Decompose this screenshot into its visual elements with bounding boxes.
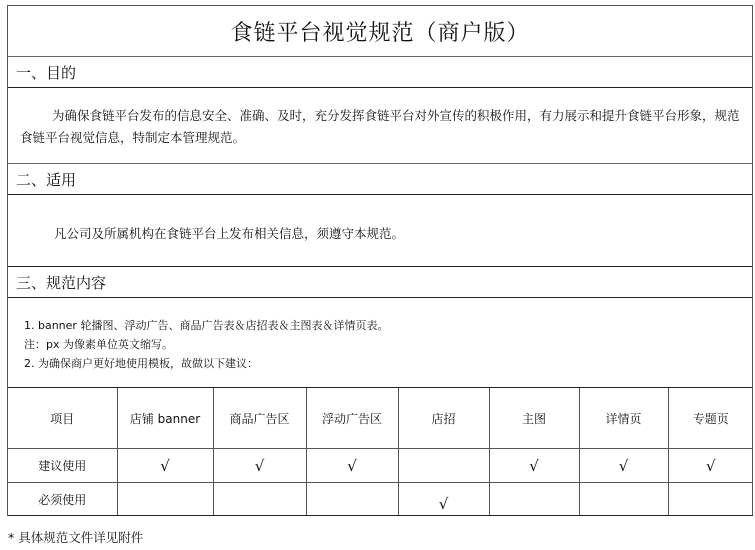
table-cell (489, 483, 579, 516)
section-body-scope: 凡公司及所属机构在食链平台上发布相关信息，须遵守本规范。 (8, 195, 752, 267)
check-mark: √ (306, 449, 398, 483)
table-header-row: 项目 店铺 banner 商品广告区 浮动广告区 店招 主图 详情页 专题页 (8, 388, 753, 449)
header-cell-store-banner: 店铺 banner (117, 388, 213, 449)
header-cell-main-image: 主图 (489, 388, 579, 449)
check-mark: √ (398, 483, 489, 516)
usage-table: 项目 店铺 banner 商品广告区 浮动广告区 店招 主图 详情页 专题页 建… (8, 388, 753, 516)
content-line-2: 2. 为确保商户更好地使用模板，故做以下建议： (24, 354, 752, 373)
table-cell (306, 483, 398, 516)
header-cell-product-ad: 商品广告区 (213, 388, 306, 449)
check-mark: √ (579, 449, 668, 483)
scope-paragraph: 凡公司及所属机构在食链平台上发布相关信息，须遵守本规范。 (54, 223, 752, 245)
table-cell (117, 483, 213, 516)
header-cell-detail-page: 详情页 (579, 388, 668, 449)
section-body-content: 1. banner 轮播图、浮动广告、商品广告表＆店招表＆主图表＆详情页表。 注… (8, 298, 752, 388)
row-label-recommended: 建议使用 (8, 449, 117, 483)
document-frame: 食链平台视觉规范（商户版） 一、目的 为确保食链平台发布的信息安全、准确、及时，… (7, 5, 753, 516)
header-cell-store-sign: 店招 (398, 388, 489, 449)
content-note: 注：px 为像素单位英文缩写。 (24, 335, 752, 354)
section-heading-content: 三、规范内容 (8, 267, 752, 298)
footnote: * 具体规范文件详见附件 (8, 528, 143, 546)
content-line-1: 1. banner 轮播图、浮动广告、商品广告表＆店招表＆主图表＆详情页表。 (24, 316, 752, 335)
header-cell-floating-ad: 浮动广告区 (306, 388, 398, 449)
table-cell (398, 449, 489, 483)
section-heading-purpose: 一、目的 (8, 57, 752, 88)
table-cell (579, 483, 668, 516)
check-mark: √ (489, 449, 579, 483)
purpose-paragraph: 为确保食链平台发布的信息安全、准确、及时，充分发挥食链平台对外宣传的积极作用，有… (20, 105, 742, 149)
section-heading-scope: 二、适用 (8, 164, 752, 195)
table-row: 必须使用 √ (8, 483, 753, 516)
header-cell-item: 项目 (8, 388, 117, 449)
section-body-purpose: 为确保食链平台发布的信息安全、准确、及时，充分发挥食链平台对外宣传的积极作用，有… (8, 88, 752, 164)
check-mark: √ (668, 449, 753, 483)
table-cell (668, 483, 753, 516)
table-row: 建议使用 √ √ √ √ √ √ (8, 449, 753, 483)
check-mark: √ (117, 449, 213, 483)
document-title: 食链平台视觉规范（商户版） (8, 6, 752, 57)
check-mark: √ (213, 449, 306, 483)
row-label-required: 必须使用 (8, 483, 117, 516)
header-cell-topic-page: 专题页 (668, 388, 753, 449)
table-cell (213, 483, 306, 516)
